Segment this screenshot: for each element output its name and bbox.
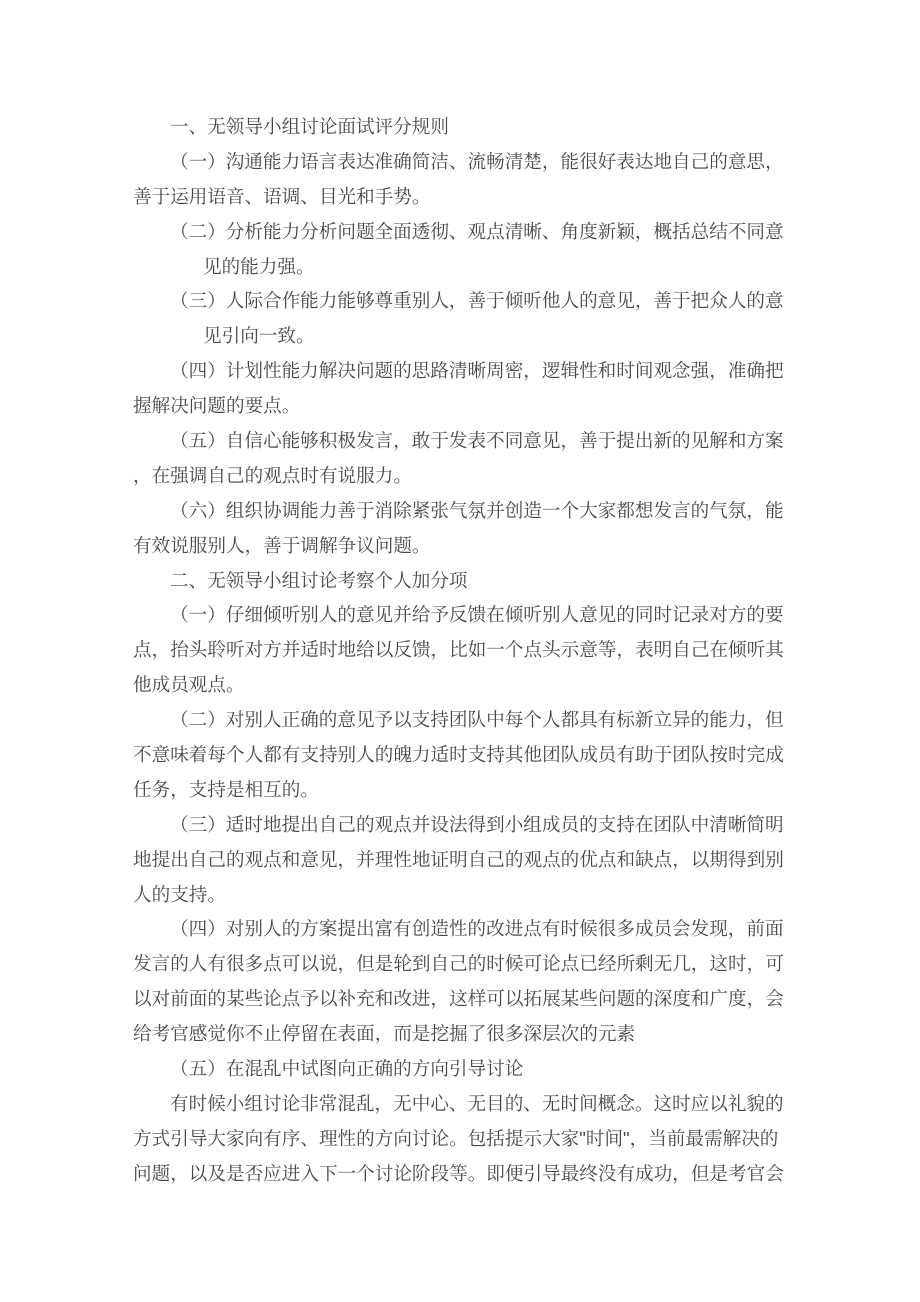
text-line: 有时候小组讨论非常混乱，无中心、无目的、无时间概念。这时应以礼貌的 [133, 1087, 793, 1122]
text-line: （三）人际合作能力能够尊重别人，善于倾听他人的意见，善于把众人的意 [133, 284, 793, 319]
text-line: 见的能力强。 [133, 250, 793, 285]
text-line: 不意味着每个人都有支持别人的魄力适时支持其他团队成员有助于团队按时完成 [133, 738, 793, 773]
text-line: 善于运用语音、语调、目光和手势。 [133, 180, 793, 215]
text-line: （一）仔细倾听别人的意见并给予反馈在倾听别人意见的同时记录对方的要 [133, 598, 793, 633]
text-line: （五）自信心能够积极发言，敢于发表不同意见，善于提出新的见解和方案 [133, 424, 793, 459]
text-line: （一）沟通能力语言表达准确简洁、流畅清楚，能很好表达地自己的意思， [133, 145, 793, 180]
text-line: 点，抬头聆听对方并适时地给以反馈，比如一个点头示意等，表明自己在倾听其 [133, 633, 793, 668]
text-line: （六）组织协调能力善于消除紧张气氛并创造一个大家都想发言的气氛，能 [133, 494, 793, 529]
document-page: 一、无领导小组讨论面试评分规则（一）沟通能力语言表达准确简洁、流畅清楚，能很好表… [0, 0, 920, 1302]
text-line: 地提出自己的观点和意见，并理性地证明自己的观点的优点和缺点，以期得到别 [133, 843, 793, 878]
text-line: 人的支持。 [133, 878, 793, 913]
text-line: 他成员观点。 [133, 668, 793, 703]
text-line: （二）对别人正确的意见予以支持团队中每个人都具有标新立异的能力，但 [133, 703, 793, 738]
text-line: 方式引导大家向有序、理性的方向讨论。包括提示大家"时间"，当前最需解决的 [133, 1122, 793, 1157]
text-line: （五）在混乱中试图向正确的方向引导讨论 [133, 1052, 793, 1087]
text-line: 见引向一致。 [133, 319, 793, 354]
text-line: 有效说服别人，善于调解争议问题。 [133, 529, 793, 564]
text-line: （四）计划性能力解决问题的思路清晰周密，逻辑性和时间观念强，准确把 [133, 354, 793, 389]
text-line: 握解决问题的要点。 [133, 389, 793, 424]
text-line: 给考官感觉你不止停留在表面，而是挖掘了很多深层次的元素 [133, 1017, 793, 1052]
text-line: 发言的人有很多点可以说，但是轮到自己的时候可论点已经所剩无几，这时，可 [133, 947, 793, 982]
text-line: （三）适时地提出自己的观点并设法得到小组成员的支持在团队中清晰简明 [133, 808, 793, 843]
text-line: 以对前面的某些论点予以补充和改进，这样可以拓展某些问题的深度和广度，会 [133, 982, 793, 1017]
text-line: （二）分析能力分析问题全面透彻、观点清晰、角度新颖，概括总结不同意 [133, 215, 793, 250]
text-line: 问题，以及是否应进入下一个讨论阶段等。即便引导最终没有成功，但是考官会 [133, 1157, 793, 1192]
text-line: ，在强调自己的观点时有说服力。 [133, 459, 793, 494]
text-line: 二、无领导小组讨论考察个人加分项 [133, 564, 793, 599]
text-line: 一、无领导小组讨论面试评分规则 [133, 110, 793, 145]
document-body: 一、无领导小组讨论面试评分规则（一）沟通能力语言表达准确简洁、流畅清楚，能很好表… [133, 110, 793, 1192]
text-line: 任务，支持是相互的。 [133, 773, 793, 808]
text-line: （四）对别人的方案提出富有创造性的改进点有时候很多成员会发现，前面 [133, 912, 793, 947]
